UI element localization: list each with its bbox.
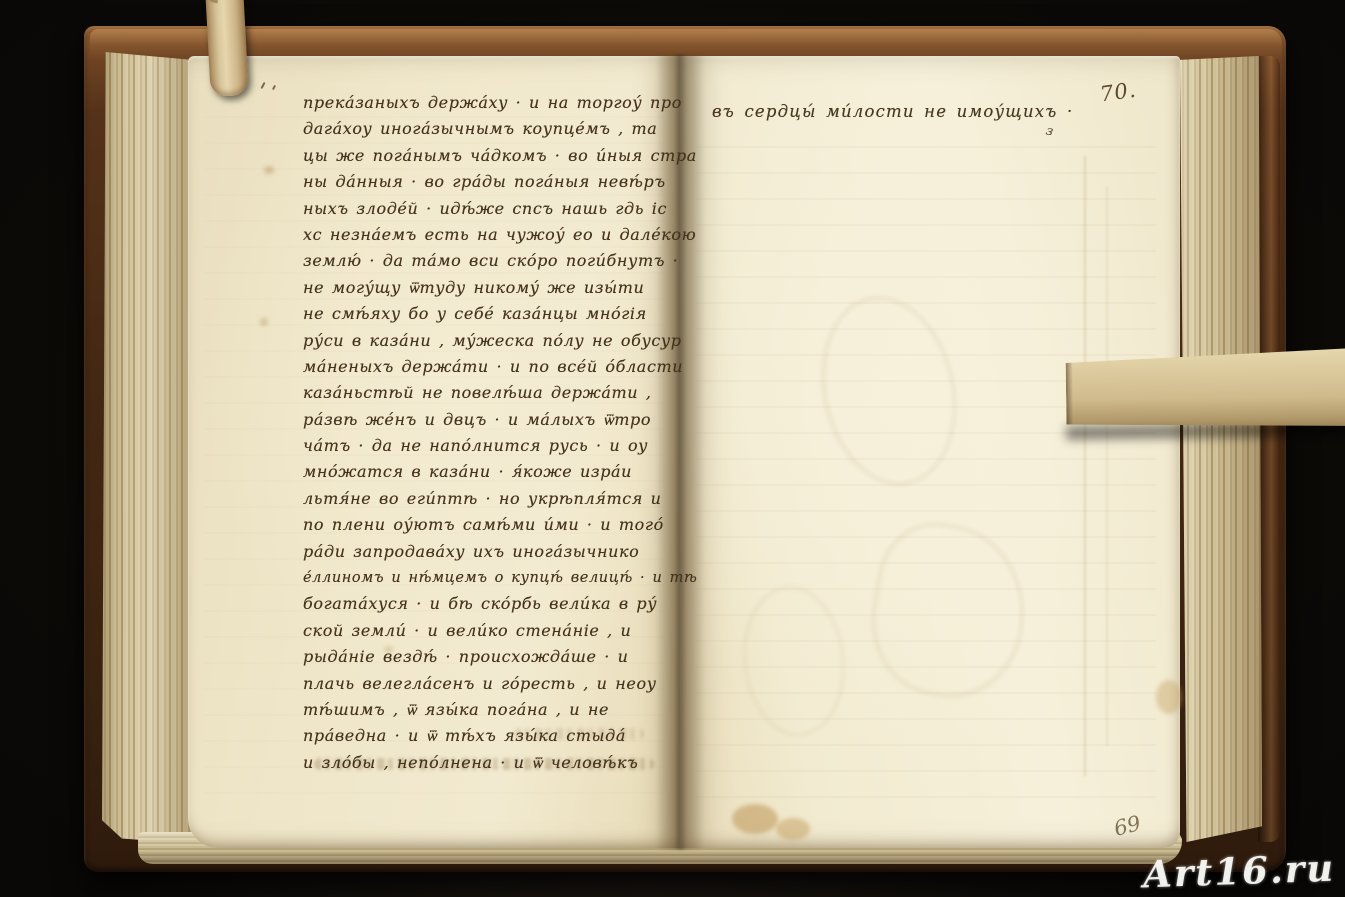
- manuscript-line: дага́хоу инога́зычнымъ коупце́мъ , та: [303, 116, 675, 142]
- manuscript-line: цы же пога́нымъ ча́дкомъ · во и́ныя стра: [303, 143, 675, 169]
- manuscript-line: ра́звѣ же́нъ и двцъ · и ма́лыхъ ѿтро: [303, 407, 675, 433]
- manuscript-line: прека́заныхъ держа́ху · и на торгоу́ про: [303, 90, 675, 116]
- manuscript-line: ча́тъ · да не напо́лнится русь · и оу: [303, 433, 675, 459]
- manuscript-line: хс незна́емъ есть на чужоу́ ео и дале́ко…: [303, 222, 675, 248]
- marginal-pen-marks: [262, 82, 280, 94]
- manuscript-line: ныхъ злоде́й · идѣ́же спсъ нашь гдь іс: [303, 196, 675, 222]
- manuscript-line: и зло́бы , непо́лнена · и ѿ человѣ́къ: [303, 750, 675, 776]
- manuscript-line: ма́неныхъ держа́ти · и по все́й о́бласти: [303, 354, 675, 380]
- show-through-rule: [1106, 186, 1108, 746]
- manuscript-line: е́ллиномъ и нѣ́мцемъ о купцѣ́ велицѣ́ · …: [303, 565, 675, 591]
- right-page-header-line: въ сердцы́ ми́лости не имоу́щихъ ·: [712, 102, 1132, 121]
- manuscript-line: ра́ди запродава́ху ихъ инога́зычнико: [303, 539, 675, 565]
- manuscript-line: тѣ́шимъ , ѿ язы́ка пога́на , и не: [303, 697, 675, 723]
- manuscript-line: пра́ведна · и ѿ тѣ́хъ язы́ка стыда́: [303, 723, 675, 749]
- folio-number: 70.: [1099, 78, 1138, 107]
- manuscript-line: ру́си в каза́ни , му́жеска по́лу не обус…: [303, 328, 675, 354]
- manuscript-line: рыда́ніе вездѣ́ · происхожда́ше · и: [303, 644, 675, 670]
- manuscript-line: по плени оу́ютъ самѣ́ми и́ми · и того́: [303, 512, 675, 538]
- bookmark-stick-top: [205, 0, 248, 97]
- stain: [732, 804, 778, 834]
- manuscript-line: мно́жатся в каза́ни · я́коже изра́и: [303, 459, 675, 485]
- stain: [1156, 680, 1182, 714]
- manuscript-line: ны да́нныя · во гра́ды пога́ныя невѣ́ръ: [303, 169, 675, 195]
- manuscript-line: плачь велегла́сенъ и го́ресть , и неоу: [303, 671, 675, 697]
- manuscript-line: богата́хуся · и бѣ ско́рбь вели́ка в ру́: [303, 591, 675, 617]
- manuscript-line: каза́ньстѣй не повелѣ́ша держа́ти ,: [303, 380, 675, 406]
- open-manuscript-book: прека́заныхъ держа́ху · и на торгоу́ про…: [84, 26, 1286, 872]
- foxing-spot: [260, 318, 268, 326]
- manuscript-text-block: прека́заныхъ держа́ху · и на торгоу́ про…: [303, 90, 675, 776]
- manuscript-line: не смѣ́яху бо у себе́ каза́нцы мно́гія: [303, 301, 675, 327]
- right-page-edges: [1180, 56, 1262, 842]
- left-page-edges: [102, 52, 192, 844]
- manuscript-line: ской земли́ · и вели́ко стена́ніе , и: [303, 618, 675, 644]
- stain: [776, 818, 810, 840]
- show-through-rule: [1084, 156, 1086, 776]
- manuscript-line: не могу́щу ѿтуду никому́ же изы́ти: [303, 275, 675, 301]
- manuscript-line: льтя́не во еги́птѣ · но укрѣпля́тся и: [303, 486, 675, 512]
- manuscript-line: землю́ · да та́мо вси ско́ро поги́бнутъ …: [303, 248, 675, 274]
- photograph-backdrop: прека́заныхъ держа́ху · и на торгоу́ про…: [0, 0, 1345, 897]
- site-watermark: Art16.ru: [1142, 846, 1335, 897]
- foxing-spot: [264, 166, 274, 174]
